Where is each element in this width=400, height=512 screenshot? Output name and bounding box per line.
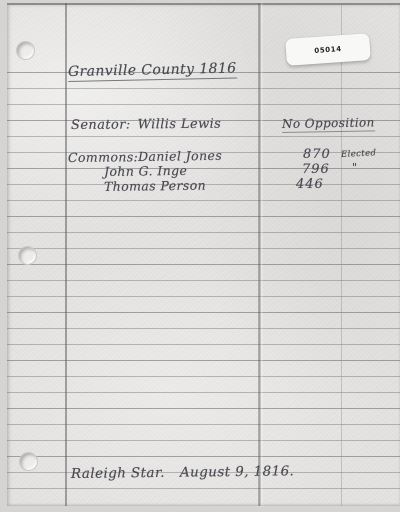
commons-office-label: Commons: [68,149,138,165]
candidate-votes-1: 870 [303,147,331,162]
senate-candidate-name: Willis Lewis [138,117,222,133]
senate-result: No Opposition [282,115,375,133]
page-title: Granville County 1816 [68,60,237,80]
punch-hole-top [16,41,35,60]
candidate-votes-3: 446 [296,177,324,192]
candidate-name-2: John G. Inge [104,163,187,179]
senate-office-label: Senator: [71,117,131,133]
candidate-name-3: Thomas Person [104,178,206,194]
candidate-note-2-ditto-mark: " [352,161,357,174]
candidate-note-1: Elected [341,148,377,160]
candidate-votes-2: 796 [302,162,330,177]
document-scan: 05014 Granville County 1816 Senator:Will… [0,0,400,512]
punch-hole-middle [18,246,37,265]
citation-source: Raleigh Star. [71,465,165,482]
right-fold-line [341,3,342,506]
catalog-number: 05014 [314,45,342,55]
punch-hole-bottom [19,452,38,471]
candidate-name-1: Daniel Jones [138,148,222,164]
left-margin-line [65,3,67,506]
senate-row: Senator:Willis Lewis [71,117,221,133]
citation-date: August 9, 1816. [180,463,294,480]
page-title-text: Granville County 1816 [68,60,237,82]
center-fold-crease [258,3,261,506]
source-citation: Raleigh Star.August 9, 1816. [71,463,294,482]
